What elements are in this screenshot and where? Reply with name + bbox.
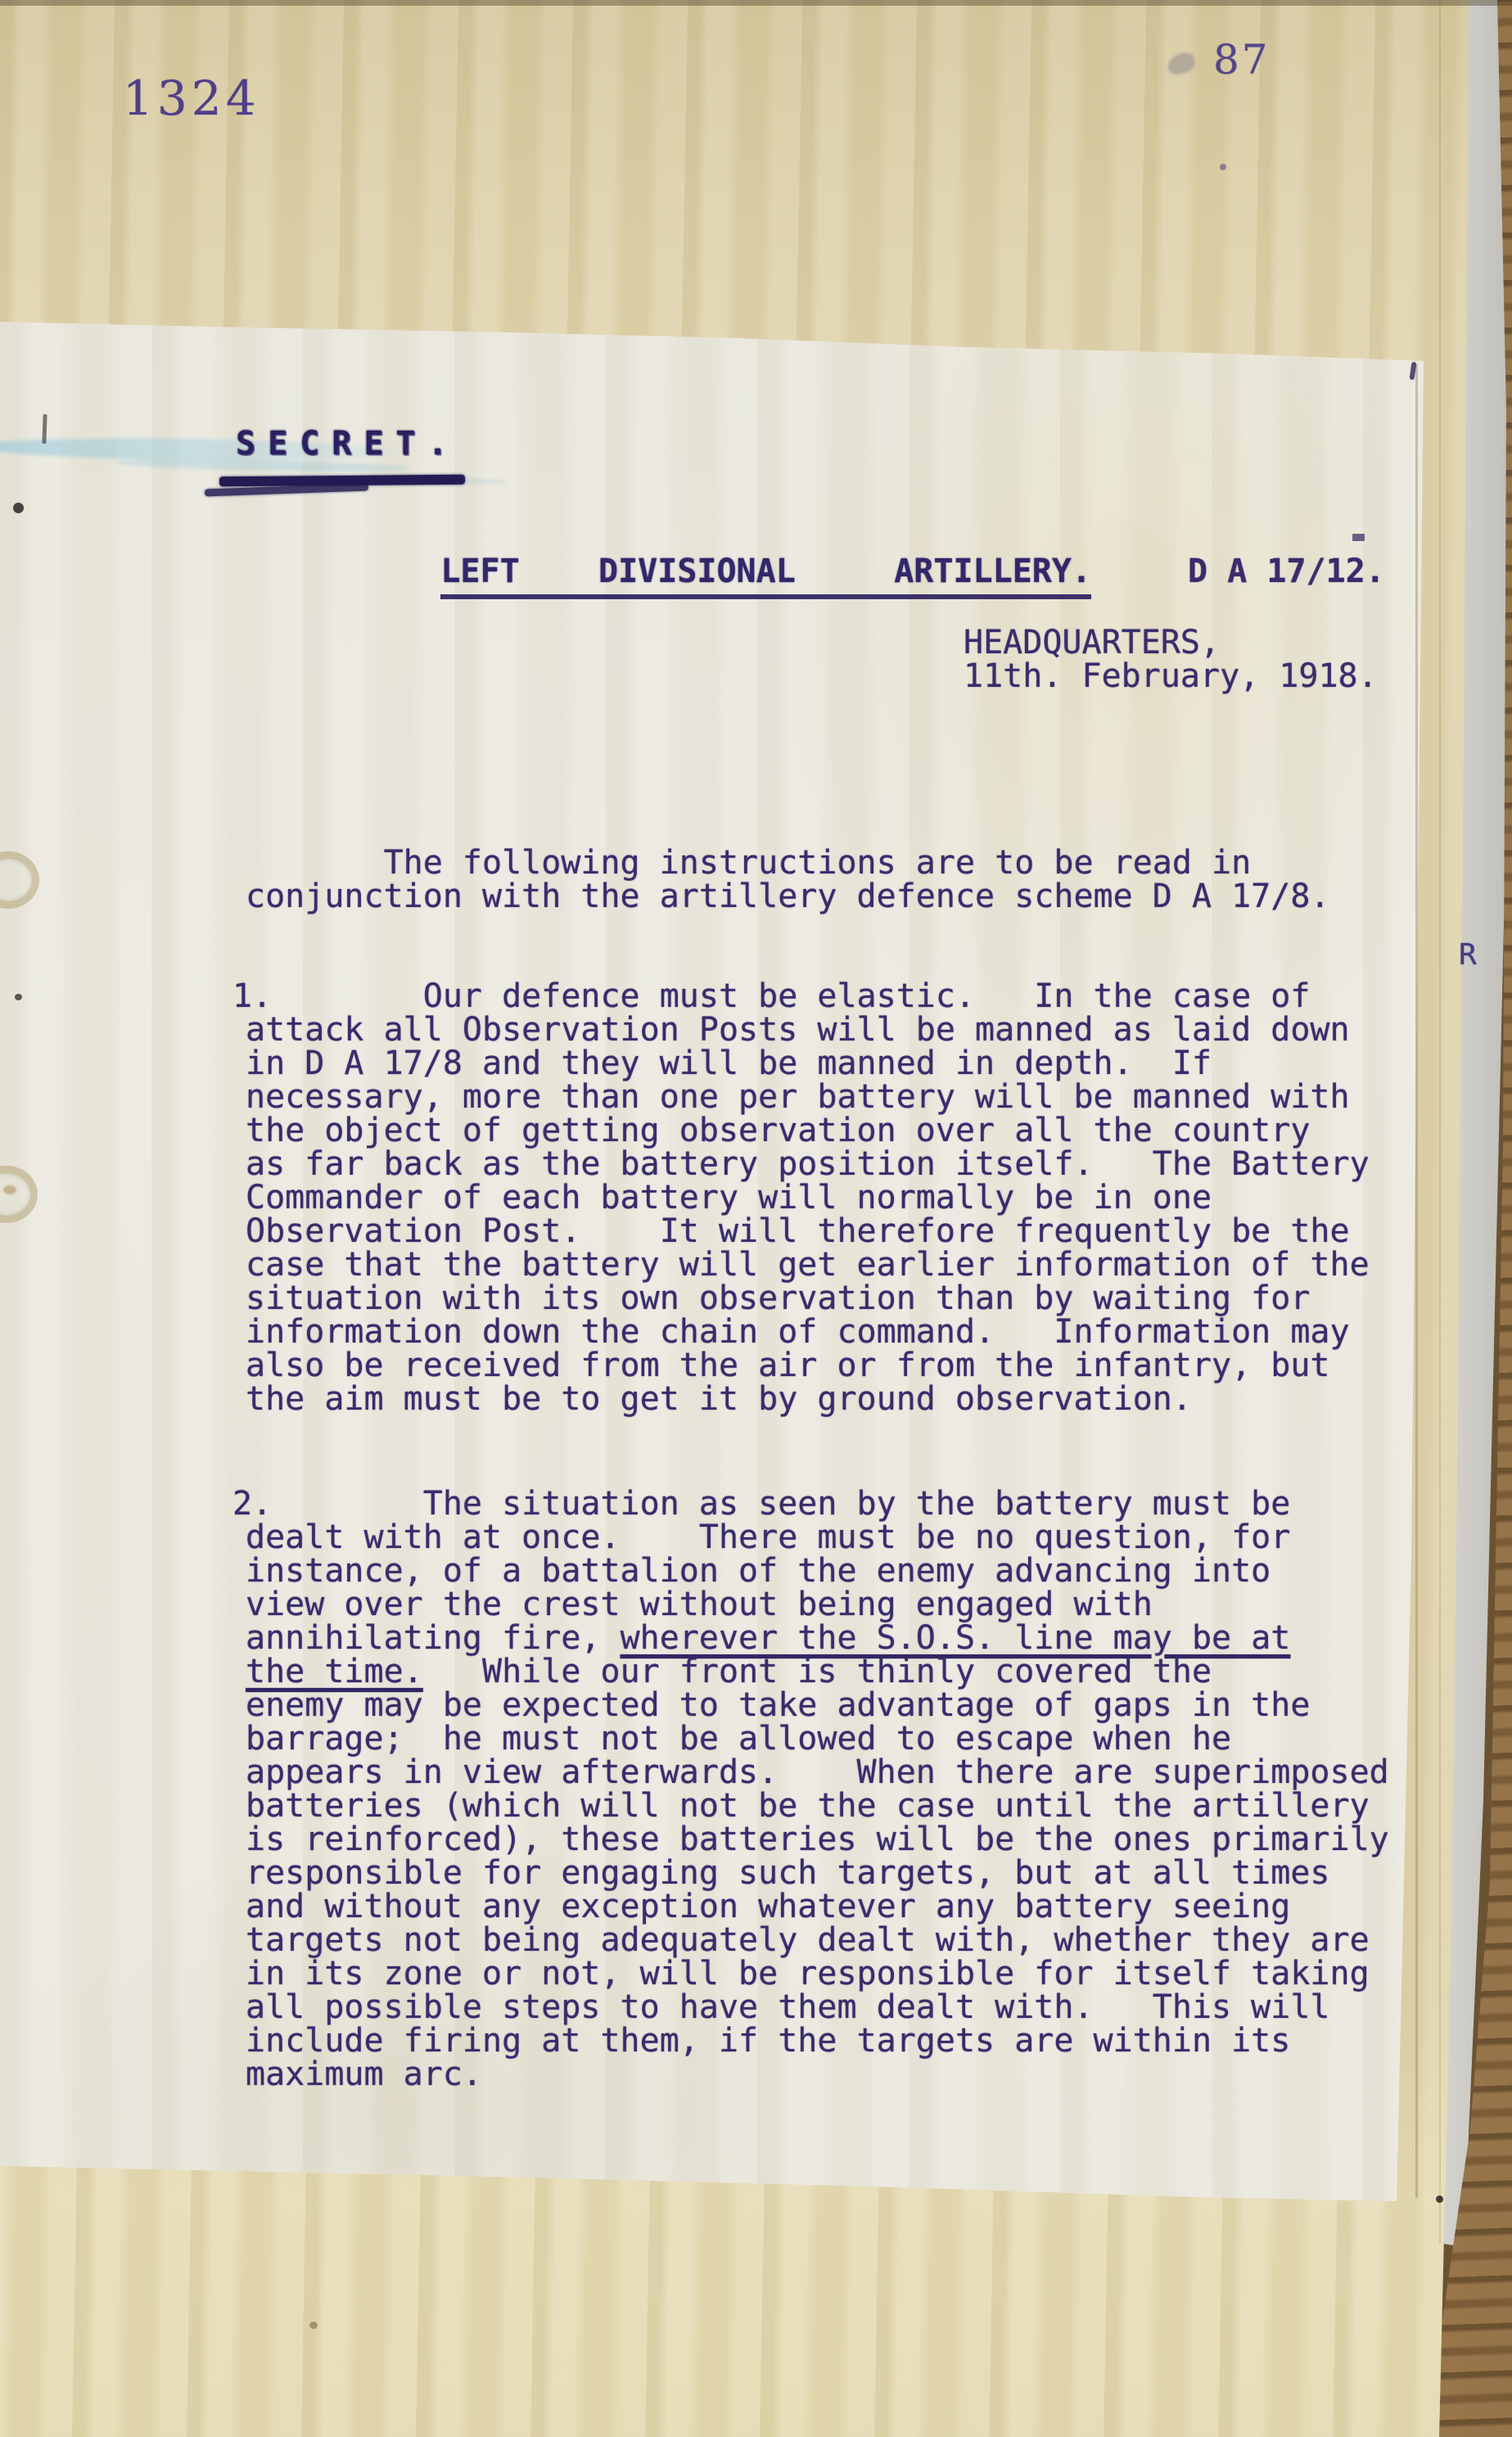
headquarters-dateline: HEADQUARTERS, 11th. February, 1918. (964, 626, 1378, 693)
page-number-stamp: 87 (1213, 36, 1271, 83)
intro-paragraph: The following instructions are to be rea… (246, 846, 1330, 914)
document-title: LEFT DIVISIONAL ARTILLERY. (440, 555, 1091, 599)
ink-speck (15, 994, 22, 1000)
scan-top-shadow (0, 0, 1512, 6)
page-edge-shadow (1415, 364, 1418, 2198)
paragraph-2-text: The situation as seen by the battery mus… (246, 1487, 1389, 2092)
document-reference: D A 17/12. (1188, 555, 1385, 589)
paragraph-2-after: While our front is thinly covered the en… (246, 1653, 1389, 2093)
ink-speck (1352, 534, 1365, 541)
paper-blemish (309, 2322, 318, 2329)
paragraph-1-text: Our defence must be elastic. In the case… (246, 980, 1370, 1416)
sheet-edge-shadow (1439, 0, 1441, 2243)
folio-number-stamp: 1324 (123, 70, 260, 126)
tan-smudge (3, 1185, 16, 1194)
margin-fragment-r: R (1459, 938, 1477, 972)
ink-speck (13, 503, 24, 513)
document-scan: 1324 87 SECRET. LEFT DIVISIONAL ARTILLER… (0, 0, 1512, 2437)
ink-speck (1220, 164, 1226, 170)
ink-speck (1436, 2196, 1443, 2203)
classification-heading: SECRET. (236, 427, 460, 461)
